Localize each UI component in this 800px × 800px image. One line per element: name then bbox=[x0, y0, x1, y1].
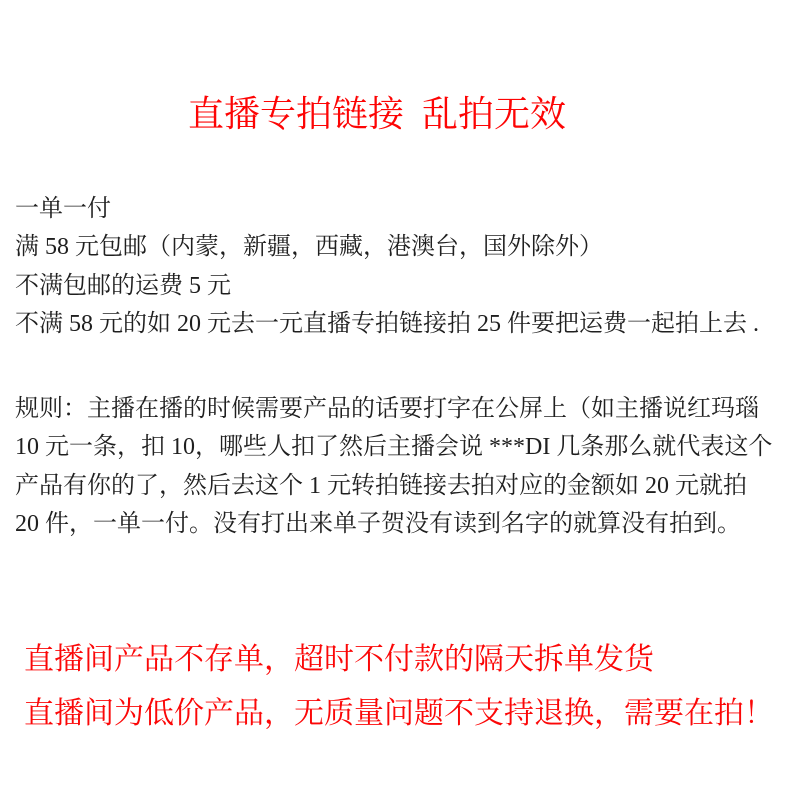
promo-notice-image: 直播专拍链接 乱拍无效 一单一付 满 58 元包邮（内蒙，新疆，西藏，港澳台，国… bbox=[0, 0, 800, 800]
shipping-rule-line: 满 58 元包邮（内蒙，新疆，西藏，港澳台，国外除外） bbox=[15, 228, 759, 266]
shipping-rules-paragraph: 一单一付 满 58 元包邮（内蒙，新疆，西藏，港澳台，国外除外） 不满包邮的运费… bbox=[15, 190, 759, 344]
warning-no-returns: 直播间为低价产品，无质量问题不支持退换，需要在拍！ bbox=[24, 697, 774, 731]
live-rule-line: 产品有你的了，然后去这个 1 元转拍链接去拍对应的金额如 20 元就拍 bbox=[15, 467, 772, 505]
live-rule-line: 10 元一条，扣 10，哪些人扣了然后主播会说 ***DI 几条那么就代表这个 bbox=[15, 428, 772, 466]
notice-title: 直播专拍链接 乱拍无效 bbox=[188, 94, 566, 134]
shipping-rule-line: 一单一付 bbox=[15, 190, 759, 228]
shipping-rule-line: 不满 58 元的如 20 元去一元直播专拍链接拍 25 件要把运费一起拍上去 . bbox=[15, 305, 759, 343]
warning-no-order-hold: 直播间产品不存单，超时不付款的隔天拆单发货 bbox=[24, 643, 654, 677]
live-rule-line: 20 件，一单一付。没有打出来单子贺没有读到名字的就算没有拍到。 bbox=[15, 505, 772, 543]
shipping-rule-line: 不满包邮的运费 5 元 bbox=[15, 267, 759, 305]
live-rule-line: 规则：主播在播的时候需要产品的话要打字在公屏上（如主播说红玛瑙 bbox=[15, 390, 772, 428]
live-rules-paragraph: 规则：主播在播的时候需要产品的话要打字在公屏上（如主播说红玛瑙 10 元一条，扣… bbox=[15, 390, 772, 544]
